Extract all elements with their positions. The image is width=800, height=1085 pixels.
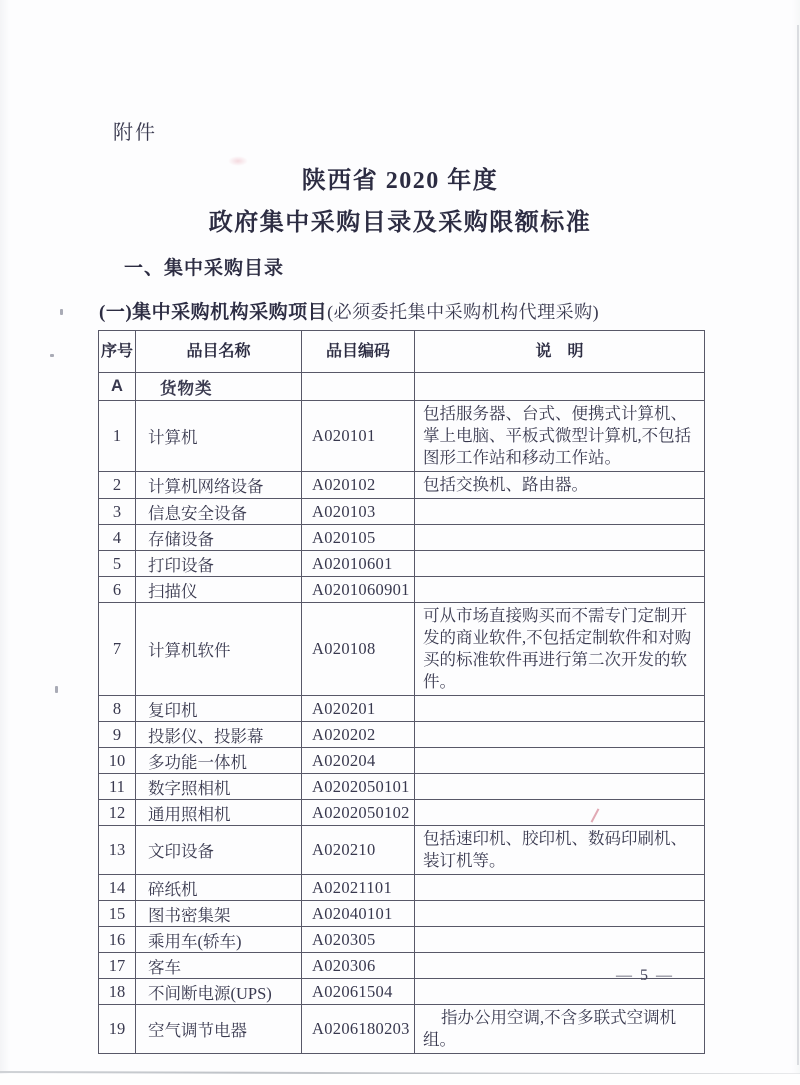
cell-no: 10 xyxy=(99,748,136,774)
cell-name: 空气调节电器 xyxy=(136,1005,302,1054)
cell-code: A02061504 xyxy=(302,979,415,1005)
cell-name: 通用照相机 xyxy=(136,800,302,826)
cell-code: A020201 xyxy=(302,696,415,722)
cell-desc xyxy=(415,499,705,525)
cell-desc: 可从市场直接购买而不需专门定制开发的商业软件,不包括定制软件和对购买的标准软件再… xyxy=(415,603,705,696)
document-title-line1: 陕西省 2020 年度 xyxy=(0,160,800,195)
section-heading: 一、集中采购目录 xyxy=(124,253,284,280)
cell-code: A020103 xyxy=(302,499,415,525)
cell-name: 计算机网络设备 xyxy=(136,472,302,499)
cell-no: 12 xyxy=(99,800,136,826)
table-row: 7计算机软件A020108可从市场直接购买而不需专门定制开发的商业软件,不包括定… xyxy=(99,603,705,696)
header-cell-no: 序号 xyxy=(99,331,136,373)
cell-code: A0206180203 xyxy=(302,1005,415,1054)
table-row: 16乘用车(轿车)A020305 xyxy=(99,927,705,953)
cell-no: 5 xyxy=(99,551,136,577)
cell-name: 不间断电源(UPS) xyxy=(136,979,302,1005)
cell-desc xyxy=(415,722,705,748)
cell-name: 数字照相机 xyxy=(136,774,302,800)
table-row: 15图书密集架A02040101 xyxy=(99,901,705,927)
cell-no: 7 xyxy=(99,603,136,696)
cell-name: 打印设备 xyxy=(136,551,302,577)
cell-no: 6 xyxy=(99,577,136,603)
cell-desc xyxy=(415,748,705,774)
table-row: 14碎纸机A02021101 xyxy=(99,875,705,901)
cell-no: 15 xyxy=(99,901,136,927)
scan-speck xyxy=(55,686,58,693)
cell-name: 碎纸机 xyxy=(136,875,302,901)
cell-code: A020101 xyxy=(302,401,415,472)
table-row: 11数字照相机A0202050101 xyxy=(99,774,705,800)
table-row: 19空气调节电器A0206180203指办公用空调,不含多联式空调机组。 xyxy=(99,1005,705,1054)
cell-no: 14 xyxy=(99,875,136,901)
cell-desc xyxy=(415,774,705,800)
table-row: 10多功能一体机A020204 xyxy=(99,748,705,774)
table-row: 1计算机A020101包括服务器、台式、便携式计算机、掌上电脑、平板式微型计算机… xyxy=(99,401,705,472)
cell-name: 乘用车(轿车) xyxy=(136,927,302,953)
cell-no: 16 xyxy=(99,927,136,953)
cell-code: A0202050102 xyxy=(302,800,415,826)
cell-desc xyxy=(415,901,705,927)
cell-code: A020105 xyxy=(302,525,415,551)
header-cell-desc: 说 明 xyxy=(415,331,705,373)
cell-desc xyxy=(415,800,705,826)
scan-speck xyxy=(60,309,63,315)
header-cell-name: 品目名称 xyxy=(136,331,302,373)
cell-name: 多功能一体机 xyxy=(136,748,302,774)
scan-bottom-edge-shadow xyxy=(0,1071,800,1076)
subsection-heading: (一)集中采购机构采购项目(必须委托集中采购机构代理采购) xyxy=(99,297,719,324)
cell-code: A020102 xyxy=(302,472,415,499)
catalog-table-body: A货物类1计算机A020101包括服务器、台式、便携式计算机、掌上电脑、平板式微… xyxy=(99,373,705,1054)
cell-name: 文印设备 xyxy=(136,826,302,875)
header-row: 序号 品目名称 品目编码 说 明 xyxy=(99,331,705,373)
cell-desc: 包括速印机、胶印机、数码印刷机、装订机等。 xyxy=(415,826,705,875)
table-row: 13文印设备A020210包括速印机、胶印机、数码印刷机、装订机等。 xyxy=(99,826,705,875)
cell-desc xyxy=(415,875,705,901)
cell-name: 存储设备 xyxy=(136,525,302,551)
cell-no: 4 xyxy=(99,525,136,551)
attachment-label: 附件 xyxy=(113,116,157,145)
cell-no: A xyxy=(99,373,136,401)
table-row: 3信息安全设备A020103 xyxy=(99,499,705,525)
cell-desc: 包括服务器、台式、便携式计算机、掌上电脑、平板式微型计算机,不包括图形工作站和移… xyxy=(415,401,705,472)
table-row: 12通用照相机A0202050102 xyxy=(99,800,705,826)
table-row: 9投影仪、投影幕A020202 xyxy=(99,722,705,748)
cell-name: 投影仪、投影幕 xyxy=(136,722,302,748)
cell-code: A020305 xyxy=(302,927,415,953)
table-row: 2计算机网络设备A020102包括交换机、路由器。 xyxy=(99,472,705,499)
category-row: A货物类 xyxy=(99,373,705,401)
cell-code: A020202 xyxy=(302,722,415,748)
cell-no: 1 xyxy=(99,401,136,472)
cell-code: A02010601 xyxy=(302,551,415,577)
table-row: 8复印机A020201 xyxy=(99,696,705,722)
cell-no: 2 xyxy=(99,472,136,499)
cell-desc: 包括交换机、路由器。 xyxy=(415,472,705,499)
cell-desc xyxy=(415,927,705,953)
document-title-line2: 政府集中采购目录及采购限额标准 xyxy=(0,202,800,237)
cell-name: 复印机 xyxy=(136,696,302,722)
table-row: 5打印设备A02010601 xyxy=(99,551,705,577)
scan-speck xyxy=(50,354,54,357)
subsection-heading-title: (一)集中采购机构采购项目 xyxy=(99,302,327,323)
cell-desc xyxy=(415,577,705,603)
scanned-document-page: 附件 陕西省 2020 年度 政府集中采购目录及采购限额标准 一、集中采购目录 … xyxy=(0,0,800,1085)
cell-code: A02040101 xyxy=(302,901,415,927)
catalog-table: 序号 品目名称 品目编码 说 明 A货物类1计算机A020101包括服务器、台式… xyxy=(98,330,705,1054)
cell-code: A02021101 xyxy=(302,875,415,901)
cell-desc xyxy=(415,551,705,577)
header-cell-code: 品目编码 xyxy=(302,331,415,373)
cell-code: A020204 xyxy=(302,748,415,774)
scan-bottom-margin xyxy=(0,1074,800,1085)
cell-name: 计算机 xyxy=(136,401,302,472)
cell-desc: 指办公用空调,不含多联式空调机组。 xyxy=(415,1005,705,1054)
cell-code: A020108 xyxy=(302,603,415,696)
table-row: 4存储设备A020105 xyxy=(99,525,705,551)
cell-desc xyxy=(415,525,705,551)
cell-no: 11 xyxy=(99,774,136,800)
cell-name: 客车 xyxy=(136,953,302,979)
page-number: — 5 — xyxy=(585,967,705,985)
cell-name: 信息安全设备 xyxy=(136,499,302,525)
cell-desc xyxy=(415,373,705,401)
cell-code: A0202050101 xyxy=(302,774,415,800)
cell-code: A020306 xyxy=(302,953,415,979)
cell-name: 计算机软件 xyxy=(136,603,302,696)
cell-no: 3 xyxy=(99,499,136,525)
cell-name: 货物类 xyxy=(136,373,302,401)
cell-code xyxy=(302,373,415,401)
cell-name: 图书密集架 xyxy=(136,901,302,927)
cell-no: 9 xyxy=(99,722,136,748)
table-row: 6扫描仪A0201060901 xyxy=(99,577,705,603)
catalog-table-header: 序号 品目名称 品目编码 说 明 xyxy=(99,331,705,373)
cell-name: 扫描仪 xyxy=(136,577,302,603)
cell-code: A020210 xyxy=(302,826,415,875)
cell-no: 19 xyxy=(99,1005,136,1054)
subsection-heading-note: (必须委托集中采购机构代理采购) xyxy=(327,302,599,322)
cell-no: 8 xyxy=(99,696,136,722)
cell-no: 13 xyxy=(99,826,136,875)
cell-no: 18 xyxy=(99,979,136,1005)
cell-no: 17 xyxy=(99,953,136,979)
cell-desc xyxy=(415,696,705,722)
cell-code: A0201060901 xyxy=(302,577,415,603)
